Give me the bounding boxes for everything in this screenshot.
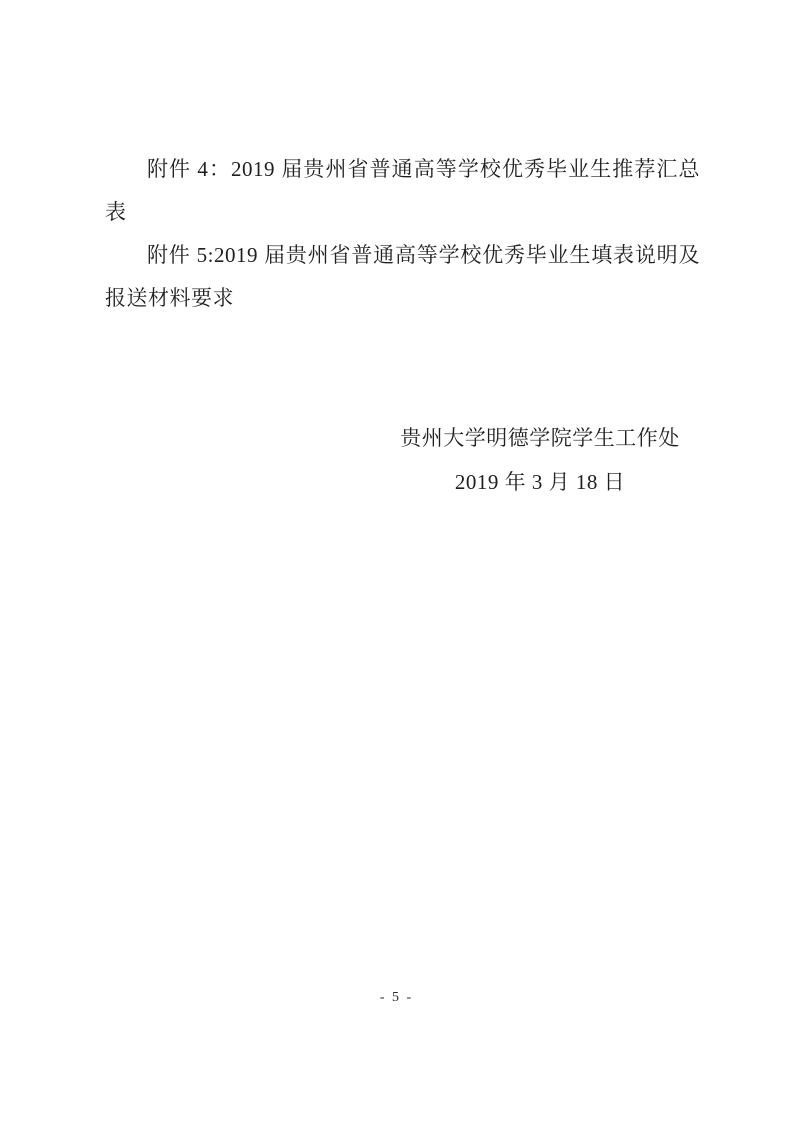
attachment-line-4: 附件 4：2019 届贵州省普通高等学校优秀毕业生推荐汇总表	[105, 148, 700, 234]
document-page: 附件 4：2019 届贵州省普通高等学校优秀毕业生推荐汇总表 附件 5:2019…	[0, 0, 793, 1122]
page-number: - 5 -	[0, 988, 793, 1008]
signature-date: 2019 年 3 月 18 日	[394, 460, 686, 504]
signature-organization: 贵州大学明德学院学生工作处	[394, 416, 686, 460]
signature-block: 贵州大学明德学院学生工作处 2019 年 3 月 18 日	[394, 416, 686, 504]
document-body: 附件 4：2019 届贵州省普通高等学校优秀毕业生推荐汇总表 附件 5:2019…	[0, 0, 793, 504]
attachment-line-5: 附件 5:2019 届贵州省普通高等学校优秀毕业生填表说明及报送材料要求	[105, 234, 700, 320]
